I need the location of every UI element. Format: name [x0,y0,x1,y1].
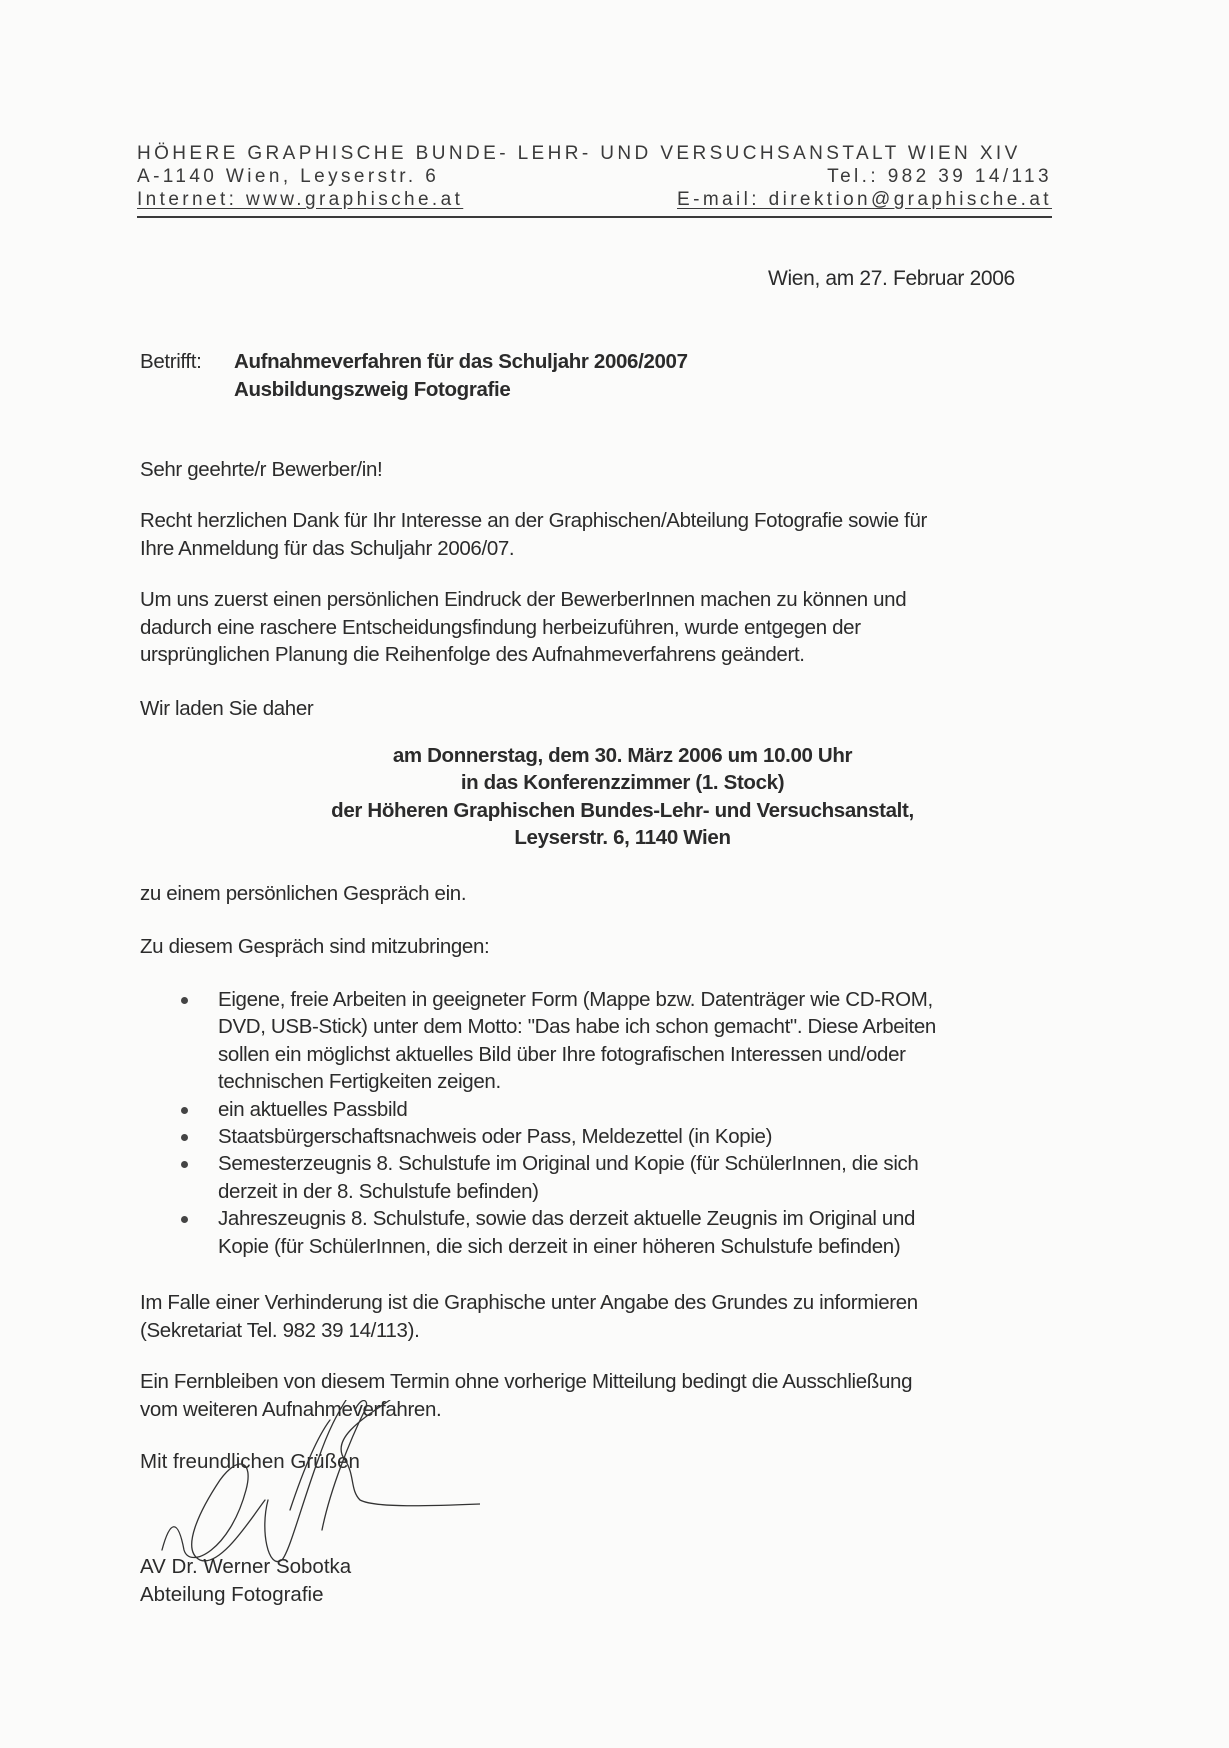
list-item-line: ein aktuelles Passbild [218,1096,1060,1123]
list-item-line: Semesterzeugnis 8. Schulstufe im Origina… [218,1150,1060,1177]
list-item: Jahreszeugnis 8. Schulstufe, sowie das d… [140,1205,1060,1260]
paragraph-line: ursprünglichen Planung die Reihenfolge d… [140,641,906,669]
salutation: Sehr geehrte/r Bewerber/in! [140,456,382,484]
bullet-icon [181,1107,188,1114]
paragraph-line: vom weiteren Aufnahmeverfahren. [140,1396,912,1424]
bullet-icon [181,1216,188,1223]
appointment-room: in das Konferenzzimmer (1. Stock) [0,769,1229,796]
closing-greeting: Mit freundlichen Grüßen [140,1448,360,1476]
list-item: Staatsbürgerschaftsnachweis oder Pass, M… [140,1123,1060,1150]
appointment-institution: der Höheren Graphischen Bundes-Lehr- und… [0,797,1229,824]
list-item-line: Kopie (für SchülerInnen, die sich derzei… [218,1233,1060,1260]
paragraph-line: (Sekretariat Tel. 982 39 14/113). [140,1317,918,1345]
letterhead-line-1: HÖHERE GRAPHISCHE BUNDE- LEHR- UND VERSU… [137,142,1052,165]
paragraph-line: dadurch eine raschere Entscheidungsfindu… [140,614,906,642]
bullet-icon [181,1134,188,1141]
institution-website: Internet: www.graphische.at [137,188,463,211]
list-item-line: technischen Fertigkeiten zeigen. [218,1068,1060,1095]
appointment-date-time: am Donnerstag, dem 30. März 2006 um 10.0… [0,742,1229,769]
institution-phone: Tel.: 982 39 14/113 [827,165,1052,188]
letter-date: Wien, am 27. Februar 2006 [768,265,1015,293]
subject-label: Betrifft: [140,348,201,376]
paragraph-reason: Um uns zuerst einen persönlichen Eindruc… [140,586,906,669]
list-item-line: Jahreszeugnis 8. Schulstufe, sowie das d… [218,1205,1060,1232]
paragraph-line: Um uns zuerst einen persönlichen Eindruc… [140,586,906,614]
institution-name: HÖHERE GRAPHISCHE BUNDE- LEHR- UND VERSU… [137,142,1021,165]
appointment-details: am Donnerstag, dem 30. März 2006 um 10.0… [0,742,1229,851]
institution-email: E-mail: direktion@graphische.at [677,188,1052,211]
list-item-line: DVD, USB-Stick) unter dem Motto: "Das ha… [218,1013,1060,1040]
paragraph-exclusion: Ein Fernbleiben von diesem Termin ohne v… [140,1368,912,1423]
paragraph-thanks: Recht herzlichen Dank für Ihr Interesse … [140,507,927,562]
list-item-line: sollen ein möglichst aktuelles Bild über… [218,1041,1060,1068]
bullet-icon [181,997,188,1004]
paragraph-line: Ein Fernbleiben von diesem Termin ohne v… [140,1368,912,1396]
letterhead-line-2: A-1140 Wien, Leyserstr. 6 Tel.: 982 39 1… [137,165,1052,188]
paragraph-absence: Im Falle einer Verhinderung ist die Grap… [140,1289,918,1344]
list-item: ein aktuelles Passbild [140,1096,1060,1123]
invite-close: zu einem persönlichen Gespräch ein. [140,880,466,908]
list-item: Eigene, freie Arbeiten in geeigneter For… [140,986,1060,1096]
letterhead-rule [137,216,1052,218]
required-items-list: Eigene, freie Arbeiten in geeigneter For… [140,986,1060,1260]
subject-line-2: Ausbildungszweig Fotografie [234,376,510,404]
list-item-line: derzeit in der 8. Schulstufe befinden) [218,1178,1060,1205]
bullet-icon [181,1161,188,1168]
appointment-address: Leyserstr. 6, 1140 Wien [0,824,1229,851]
list-item: Semesterzeugnis 8. Schulstufe im Origina… [140,1150,1060,1205]
letterhead-line-3: Internet: www.graphische.at E-mail: dire… [137,188,1052,211]
institution-address: A-1140 Wien, Leyserstr. 6 [137,165,439,188]
paragraph-line: Ihre Anmeldung für das Schuljahr 2006/07… [140,535,927,563]
subject-line-1: Aufnahmeverfahren für das Schuljahr 2006… [234,348,688,376]
invite-intro: Wir laden Sie daher [140,695,313,723]
signatory-name: AV Dr. Werner Sobotka [140,1553,351,1581]
list-item-line: Staatsbürgerschaftsnachweis oder Pass, M… [218,1123,1060,1150]
bring-intro: Zu diesem Gespräch sind mitzubringen: [140,933,489,961]
list-item-line: Eigene, freie Arbeiten in geeigneter For… [218,986,1060,1013]
signatory-department: Abteilung Fotografie [140,1581,323,1609]
paragraph-line: Im Falle einer Verhinderung ist die Grap… [140,1289,918,1317]
paragraph-line: Recht herzlichen Dank für Ihr Interesse … [140,507,927,535]
